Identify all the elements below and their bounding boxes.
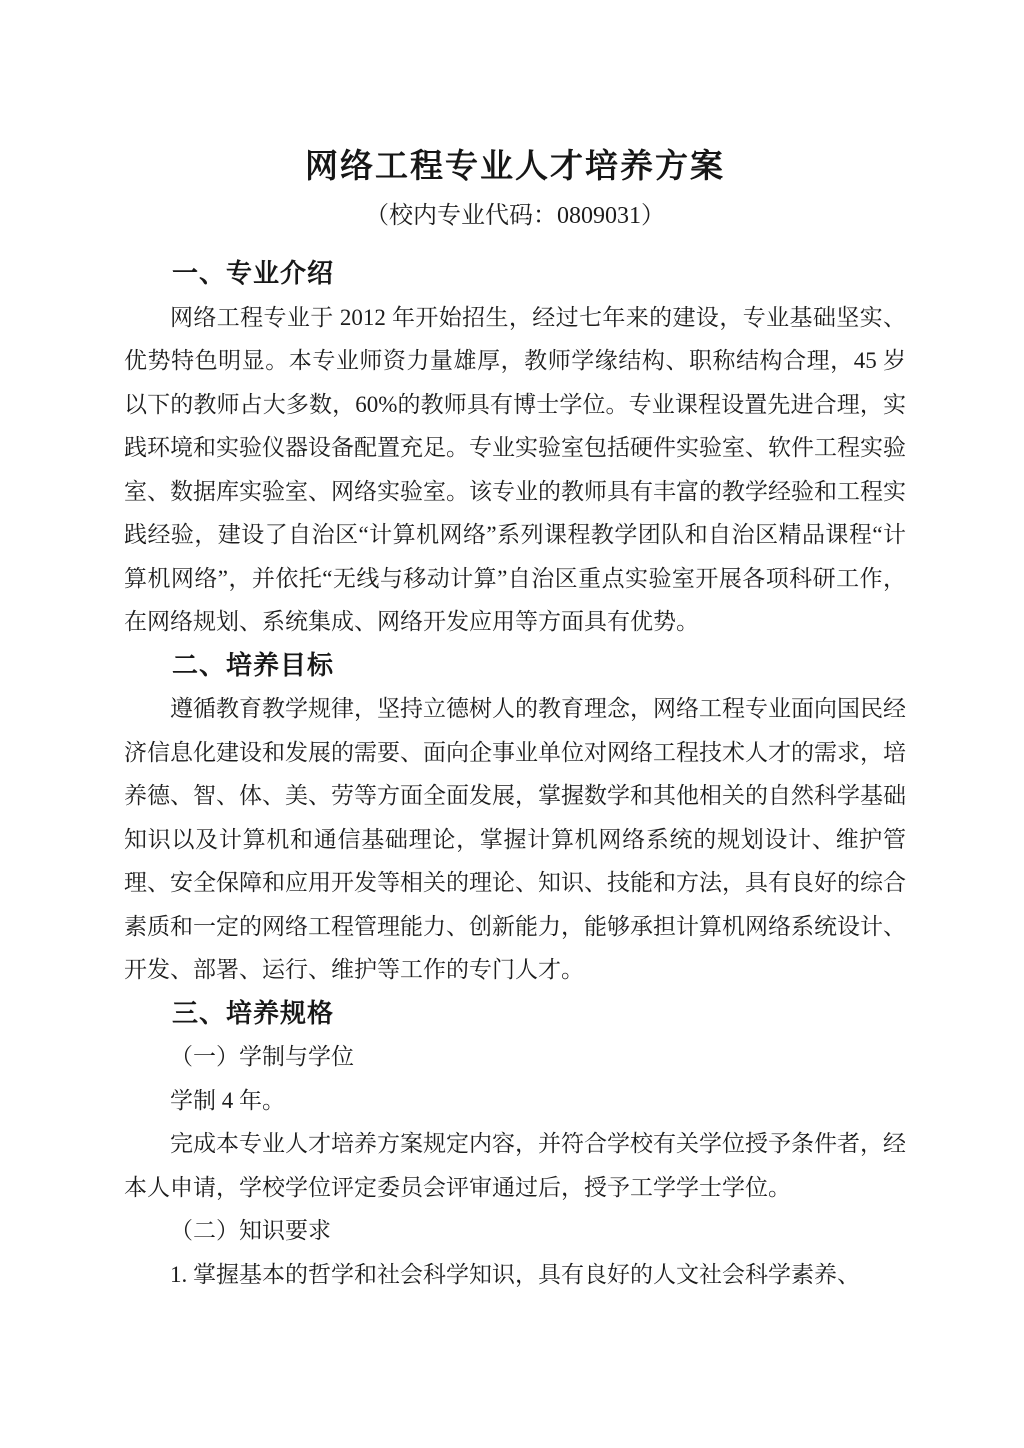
paragraph-knowledge-item-1: 1. 掌握基本的哲学和社会科学知识，具有良好的人文社会科学素养、 — [124, 1253, 906, 1297]
section-heading-specs: 三、培养规格 — [124, 992, 906, 1036]
section-heading-intro: 一、专业介绍 — [124, 252, 906, 296]
section-heading-goals: 二、培养目标 — [124, 644, 906, 688]
doc-subtitle: （校内专业代码：0809031） — [124, 201, 906, 231]
paragraph-degree: 完成本专业人才培养方案规定内容，并符合学校有关学位授予条件者，经本人申请，学校学… — [124, 1122, 906, 1209]
subsection-heading-knowledge: （二）知识要求 — [124, 1209, 906, 1253]
doc-body: 一、专业介绍 网络工程专业于 2012 年开始招生，经过七年来的建设，专业基础坚… — [124, 252, 906, 1296]
subsection-heading-degree: （一）学制与学位 — [124, 1035, 906, 1079]
page-content: 网络工程专业人才培养方案 （校内专业代码：0809031） 一、专业介绍 网络工… — [0, 0, 1024, 1296]
paragraph-intro: 网络工程专业于 2012 年开始招生，经过七年来的建设，专业基础坚实、优势特色明… — [124, 296, 906, 644]
document-page: 网络工程专业人才培养方案 （校内专业代码：0809031） 一、专业介绍 网络工… — [0, 0, 1024, 1448]
paragraph-duration: 学制 4 年。 — [124, 1079, 906, 1123]
doc-title: 网络工程专业人才培养方案 — [124, 146, 906, 186]
paragraph-goals: 遵循教育教学规律，坚持立德树人的教育理念，网络工程专业面向国民经济信息化建设和发… — [124, 687, 906, 992]
